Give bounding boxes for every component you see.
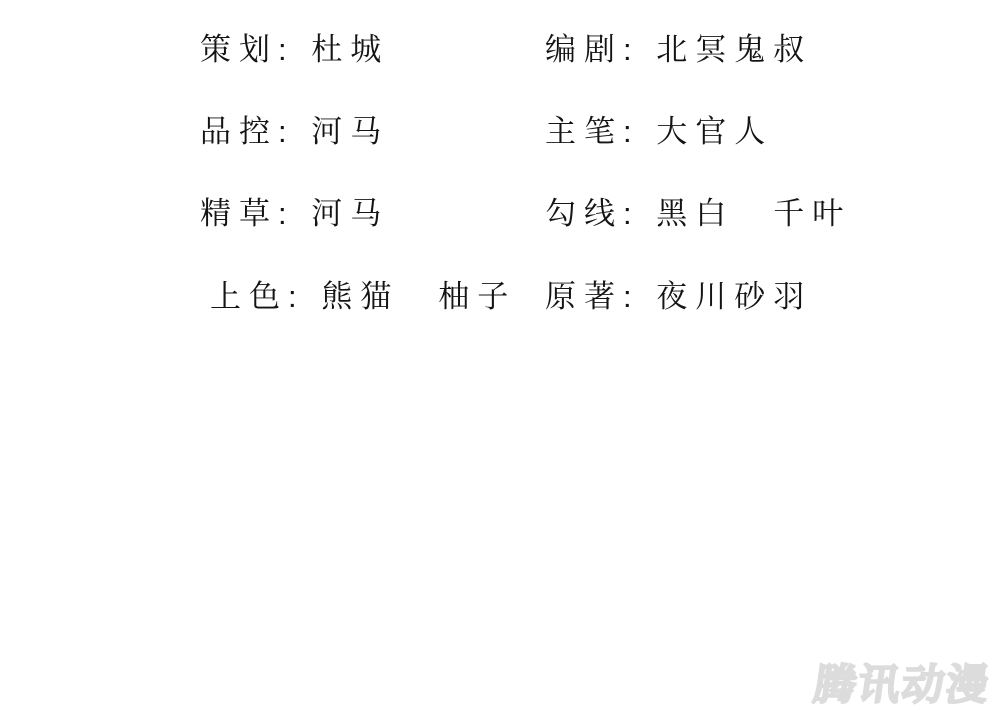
- credit-detailed-draft: 精草: 河马: [200, 197, 389, 231]
- credit-coloring: 上色: 熊猫 柚子: [210, 280, 516, 314]
- credit-scriptwriter: 编剧: 北冥鬼叔: [545, 33, 812, 67]
- credit-row-3: 精草: 河马 勾线: 黑白 千叶: [0, 197, 1000, 231]
- credit-quality-control: 品控: 河马: [200, 115, 389, 149]
- credit-lead-artist: 主笔: 大官人: [545, 115, 773, 149]
- credit-planning: 策划: 杜城: [200, 33, 389, 67]
- credits-page: 策划: 杜城 编剧: 北冥鬼叔 品控: 河马 主笔: 大官人 精草: 河马 勾线…: [0, 0, 1000, 717]
- credit-original-author: 原著: 夜川砂羽: [545, 280, 812, 314]
- credit-row-4: 上色: 熊猫 柚子 原著: 夜川砂羽: [0, 280, 1000, 314]
- credit-line-art: 勾线: 黑白 千叶: [545, 197, 851, 231]
- credit-row-1: 策划: 杜城 编剧: 北冥鬼叔: [0, 33, 1000, 67]
- credit-row-2: 品控: 河马 主笔: 大官人: [0, 115, 1000, 149]
- tencent-comics-watermark: 腾讯动漫: [810, 658, 994, 713]
